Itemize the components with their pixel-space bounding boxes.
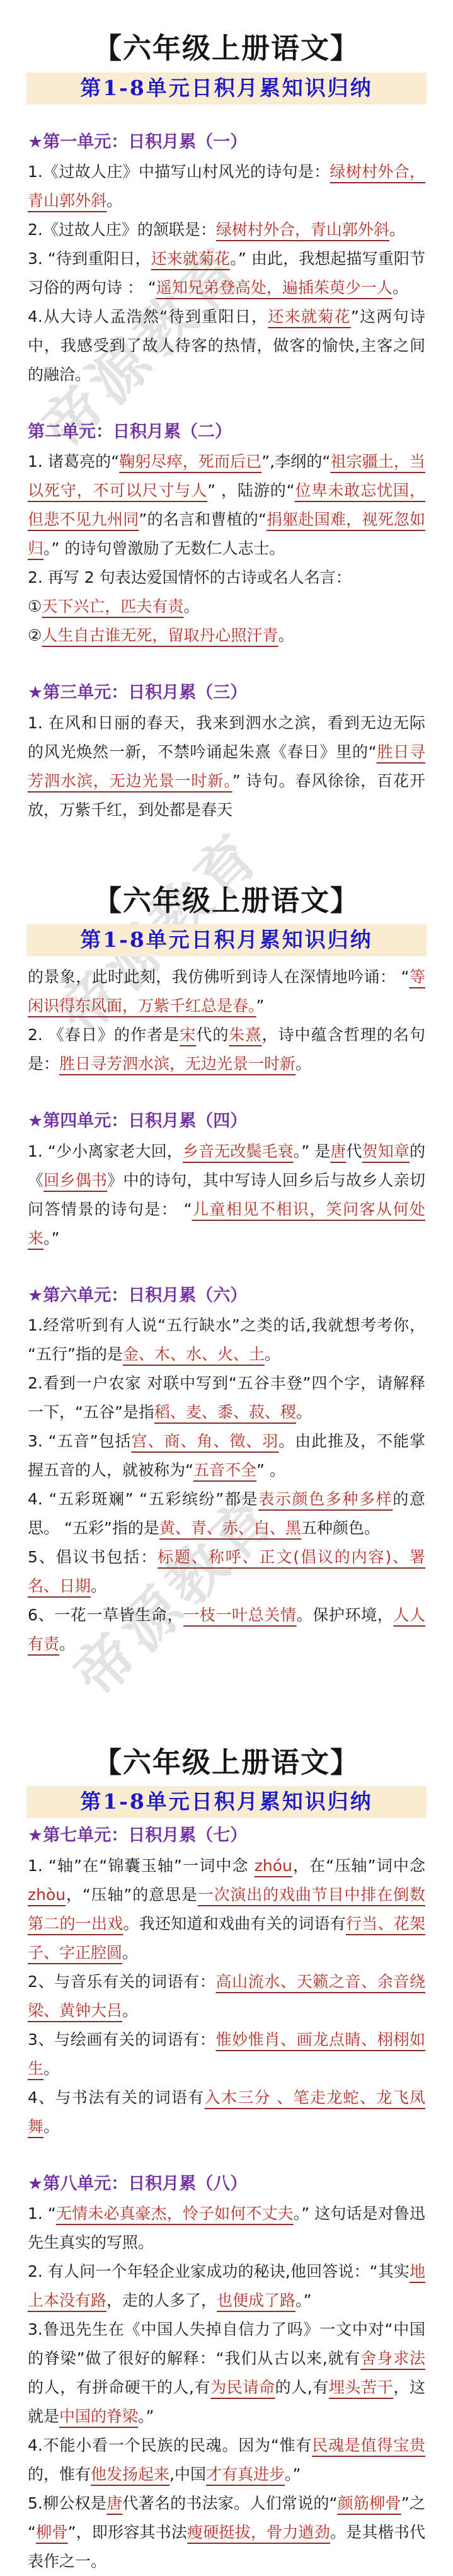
text-segment: 。 xyxy=(296,1403,312,1421)
answer-segment: 绿树村外合，青山郭外斜 xyxy=(216,220,389,239)
paragraph: 2、与音乐有关的词语有：高山流水、天籁之音、余音绕梁、黄钟大吕。 xyxy=(28,1967,425,2025)
text-segment: 。 xyxy=(278,626,294,644)
section-heading: ★第四单元：日积月累（四） xyxy=(28,1111,425,1131)
text-segment: 。我还知道和戏曲有关的词语有 xyxy=(123,1915,346,1933)
page: 【六年级上册语文】 第1-8单元日积月累知识归纳 ★第七单元：日积月累（七）1.… xyxy=(0,1747,453,2576)
text-segment: 4、与书法有关的词语有 xyxy=(28,2088,205,2107)
paragraph: 2.《过故人庄》的颔联是：绿树村外合，青山郭外斜。 xyxy=(28,215,425,244)
paragraph: ①天下兴亡，匹夫有责。 xyxy=(28,592,425,621)
text-segment: 。” 是 xyxy=(294,1142,331,1160)
answer-segment: 埋头苦干 xyxy=(329,2378,393,2396)
document: 帝源教育 帝源教育 帝源教育 【六年级上册语文】 第1-8单元日积月累知识归纳 … xyxy=(0,0,453,2576)
paragraph: 2. 《春日》的作者是宋代的朱熹，诗中蕴含哲理的名句是：胜日寻芳泗水滨，无边光景… xyxy=(28,1021,425,1079)
text-segment: 。 xyxy=(43,2059,59,2078)
text-segment: ” xyxy=(256,997,265,1015)
paragraph: 4.不能小看一个民族的民魂。因为“惟有民魂是值得宝贵的，惟有他发扬起来,中国才有… xyxy=(28,2431,425,2489)
answer-segment: 中国的脊梁 xyxy=(59,2407,138,2425)
paragraph: 1. 诸葛亮的“鞠躬尽瘁，死而后已”,李纲的“祖宗疆土，当以死守，不可以尺寸与人… xyxy=(28,447,425,563)
answer-segment: 为民请命 xyxy=(210,2378,275,2396)
answer-segment: 乡音无改鬓毛衰 xyxy=(183,1142,294,1160)
text-segment: 1. 在风和日丽的春天，我来到泗水之滨，看到无边无际的风光焕然一新，不禁吟诵起朱… xyxy=(28,714,425,761)
answer-segment: 贺知章 xyxy=(362,1142,410,1160)
answer-segment: 宫、商、角、徵、羽 xyxy=(132,1432,279,1450)
text-segment: ,中国 xyxy=(169,2465,206,2483)
paragraph: 5、倡议书包括：标题、称呼、正文(倡议的内容)、署名、日期。 xyxy=(28,1543,425,1601)
page-content: ★第七单元：日积月累（七）1. “轴”在“锦囊玉轴”一词中念 zhóu，在“压轴… xyxy=(28,1826,425,2576)
answer-segment: 颜筋柳骨 xyxy=(338,2494,401,2512)
page-content: 的景象，此时此刻，我仿佛听到诗人在深情地吟诵： “等闲识得东风面，万紫千红总是春… xyxy=(28,963,425,1659)
text-segment: 。” xyxy=(43,1229,59,1247)
text-segment: 。保护环境， xyxy=(297,1606,394,1624)
text-segment: 2.《过故人庄》的颔联是： xyxy=(28,220,216,239)
text-segment: 代的 xyxy=(196,1026,229,1044)
text-segment: 。 xyxy=(59,1635,75,1653)
answer-segment: 一枝一叶总关情 xyxy=(183,1606,296,1624)
paragraph: 4.从大诗人孟浩然“待到重阳日，还来就菊花”这两句诗中，我感受到了故人待客的热情… xyxy=(28,302,425,389)
paragraph: 1.经常听到有人说“五行缺水”之类的话,我就想考考你， “五行”指的是金、木、水… xyxy=(28,1311,425,1369)
text-segment: 。 xyxy=(91,1577,106,1595)
text-segment: 。” 的诗句曾激励了无数仁人志士。 xyxy=(43,539,285,558)
paragraph: 1. “轴”在“锦囊玉轴”一词中念 zhóu，在“压轴”词中念 zhòu，“压轴… xyxy=(28,1852,425,1967)
answer-segment: 朱熹 xyxy=(229,1026,261,1044)
section-heading: ★第七单元：日积月累（七） xyxy=(28,1826,425,1846)
text-segment: 。 xyxy=(295,1055,311,1073)
page-title: 【六年级上册语文】 xyxy=(28,885,425,917)
text-segment: 2. 有人问一个年轻企业家成功的秘诀,他回答说：“其实 xyxy=(28,2262,410,2281)
text-segment: 1.《过故人庄》中描写山村风光的诗句是： xyxy=(28,163,330,181)
text-segment: ”，即形容其书法 xyxy=(68,2523,188,2541)
paragraph: 4、与书法有关的词语有入木三分 、笔走龙蛇、龙飞凤舞。 xyxy=(28,2083,425,2141)
page-content: ★第一单元：日积月累（一）1.《过故人庄》中描写山村风光的诗句是：绿树村外合，青… xyxy=(28,132,425,825)
text-segment: 。 xyxy=(106,192,122,210)
text-segment: 2. 再写 2 句表达爱国情怀的古诗或名人名言： xyxy=(28,568,352,587)
answer-segment: 稻、麦、黍、菽、稷 xyxy=(154,1403,296,1421)
text-segment: 5.柳公权是 xyxy=(28,2494,106,2512)
section-heading: ★第一单元：日积月累（一） xyxy=(28,132,425,152)
answer-segment: 金、木、水、火、土 xyxy=(123,1345,265,1363)
text-segment: 。” xyxy=(138,2407,154,2425)
text-segment: 5、倡议书包括： xyxy=(28,1548,158,1566)
text-segment: 。 xyxy=(265,1345,280,1363)
text-segment: 4.不能小看一个民族的民魂。因为“惟有 xyxy=(28,2436,312,2454)
text-segment: 4.从大诗人孟浩然“待到重阳日， xyxy=(28,307,268,326)
text-segment: 3. “待到重阳日， xyxy=(28,249,151,268)
answer-segment: 无情未必真豪杰，怜子如何不丈夫 xyxy=(56,2204,294,2223)
text-segment: 1. 诸葛亮的“ xyxy=(28,452,119,471)
paragraph: 2.看到一户农家 对联中写到“五谷丰登”四个字，请解释一下，“五谷”是指稻、麦、… xyxy=(28,1369,425,1427)
answer-segment: 鞠躬尽瘁，死而后已 xyxy=(119,452,261,471)
subtitle-banner: 第1-8单元日积月累知识归纳 xyxy=(26,924,427,956)
text-segment: 。 xyxy=(389,220,405,239)
text-segment: 。” xyxy=(295,2291,311,2310)
answer-segment: 唐 xyxy=(330,1142,346,1160)
page-title: 【六年级上册语文】 xyxy=(28,1747,425,1778)
paragraph: 的景象，此时此刻，我仿佛听到诗人在深情地吟诵： “等闲识得东风面，万紫千红总是春… xyxy=(28,963,425,1021)
answer-segment: 遥知兄弟登高处，遍插茱萸少一人 xyxy=(156,278,393,297)
text-segment: 。 xyxy=(122,2001,138,2020)
text-segment: 的人,有 xyxy=(275,2378,329,2396)
text-segment: 。 xyxy=(393,278,408,297)
text-segment: ② xyxy=(28,626,42,644)
answer-segment: zhóu xyxy=(255,1857,292,1875)
page: 【六年级上册语文】 第1-8单元日积月累知识归纳 ★第一单元：日积月累（一）1.… xyxy=(0,0,453,825)
page: 【六年级上册语文】 第1-8单元日积月累知识归纳 的景象，此时此刻，我仿佛听到诗… xyxy=(0,885,453,1659)
text-segment: 。 xyxy=(122,1943,138,1962)
text-segment: ” ，陆游的“ xyxy=(207,481,294,500)
section-heading: ★第六单元：日积月累（六） xyxy=(28,1286,425,1306)
text-segment: 五种颜色。 xyxy=(301,1519,380,1537)
text-segment: ” 。 xyxy=(256,1461,285,1479)
paragraph: 2. 再写 2 句表达爱国情怀的古诗或名人名言： xyxy=(28,563,425,592)
text-segment: 的人，有拼命硬干的人,有 xyxy=(28,2378,210,2396)
page-title: 【六年级上册语文】 xyxy=(28,33,425,64)
paragraph: 3、与绘画有关的词语有：惟妙惟肖、画龙点睛、栩栩如生。 xyxy=(28,2025,425,2083)
answer-segment: 还来就菊花 xyxy=(151,249,231,268)
text-segment: 。” xyxy=(285,2465,301,2483)
answer-segment: 舍身求法 xyxy=(360,2349,425,2367)
paragraph: 6、一花一草皆生命，一枝一叶总关情。保护环境，人人有责。 xyxy=(28,1601,425,1659)
section-heading: ★第八单元：日积月累（八） xyxy=(28,2174,425,2194)
answer-segment: 回乡偶书 xyxy=(43,1171,107,1189)
text-segment: 1. “轴”在“锦囊玉轴”一词中念 xyxy=(28,1857,255,1875)
text-segment: ”的名言和曹植的“ xyxy=(139,510,267,529)
answer-segment: zhòu xyxy=(28,1886,66,1904)
text-segment: ，走的人多了， xyxy=(106,2291,217,2310)
text-segment: 3、与绘画有关的词语有： xyxy=(28,2030,215,2049)
answer-segment: 胜日寻芳泗水滨，无边光景一时新 xyxy=(59,1055,295,1073)
subtitle-banner: 第1-8单元日积月累知识归纳 xyxy=(26,1786,427,1818)
paragraph: 4. “五彩斑斓” “五彩缤纷”都是表示颜色多种多样的意思。 “五彩”指的是黄、… xyxy=(28,1485,425,1543)
answer-segment: 柳骨 xyxy=(36,2523,68,2541)
text-segment: 6、一花一草皆生命， xyxy=(28,1606,183,1624)
text-segment: ”,李纲的“ xyxy=(261,452,330,471)
answer-segment: 黄、青、赤、白、黑 xyxy=(159,1519,301,1537)
answer-segment: 民魂是值得宝贵 xyxy=(312,2436,425,2454)
text-segment: 的，惟有 xyxy=(28,2465,91,2483)
text-segment: 代著名的书法家。人们常说的“ xyxy=(122,2494,337,2512)
paragraph: 1.《过故人庄》中描写山村风光的诗句是：绿树村外合，青山郭外斜。 xyxy=(28,157,425,215)
answer-segment: 表示颜色多种多样 xyxy=(258,1490,393,1508)
section-heading: 第二单元：日积月累（二） xyxy=(28,422,425,442)
paragraph: ②人生自古谁无死，留取丹心照汗青。 xyxy=(28,621,425,650)
text-segment: 4. “五彩斑斓” “五彩缤纷”都是 xyxy=(28,1490,258,1508)
answer-segment: 瘦硬挺拔，骨力遒劲 xyxy=(187,2523,330,2541)
text-segment: 3. “五音”包括 xyxy=(28,1432,132,1450)
text-segment: ① xyxy=(28,597,42,615)
paragraph: 3. “待到重阳日，还来就菊花。” 由此，我想起描写重阳节习俗的两句诗 ： “遥… xyxy=(28,244,425,302)
paragraph: 1. 在风和日丽的春天，我来到泗水之滨，看到无边无际的风光焕然一新，不禁吟诵起朱… xyxy=(28,709,425,825)
subtitle-banner: 第1-8单元日积月累知识归纳 xyxy=(26,72,427,105)
text-segment: 2、与音乐有关的词语有： xyxy=(28,1972,215,1991)
answer-segment: 宋 xyxy=(180,1026,196,1044)
text-segment: 。 xyxy=(183,597,199,615)
answer-segment: 才有真进步 xyxy=(206,2465,285,2483)
answer-segment: 人生自古谁无死，留取丹心照汗青 xyxy=(42,626,278,644)
text-segment: 1. “少小离家老大回， xyxy=(28,1142,183,1160)
answer-segment: 也便成了路 xyxy=(217,2291,295,2310)
text-segment: ，“压轴”的意思是 xyxy=(66,1886,198,1904)
text-segment: 代 xyxy=(347,1142,362,1160)
answer-segment: 五音不全 xyxy=(193,1461,256,1479)
text-segment: 2. 《春日》的作者是 xyxy=(28,1026,180,1044)
text-segment: 。 xyxy=(43,2117,59,2136)
answer-segment: 还来就菊花 xyxy=(268,307,351,326)
paragraph: 3.鲁迅先生在《中国人失掉自信力了吗》一文中对“中国的脊梁”做了很好的解释：“我… xyxy=(28,2315,425,2431)
text-segment: ，在“压轴”词中念 xyxy=(292,1857,425,1875)
answer-segment: 唐 xyxy=(106,2494,122,2512)
paragraph: 1. “少小离家老大回，乡音无改鬓毛衰。” 是唐代贺知章的《回乡偶书》中的诗句，… xyxy=(28,1137,425,1253)
section-heading: ★第三单元：日积月累（三） xyxy=(28,683,425,703)
answer-segment: 天下兴亡，匹夫有责 xyxy=(42,597,183,615)
paragraph: 5.柳公权是唐代著名的书法家。人们常说的“颜筋柳骨”之“柳骨”，即形容其书法瘦硬… xyxy=(28,2489,425,2576)
text-segment: 的景象，此时此刻，我仿佛听到诗人在深情地吟诵： “ xyxy=(28,968,410,986)
paragraph: 3. “五音”包括宫、商、角、徵、羽。由此推及，不能掌握五音的人，就被称为“五音… xyxy=(28,1427,425,1485)
paragraph: 2. 有人问一个年轻企业家成功的秘诀,他回答说：“其实地上本没有路，走的人多了，… xyxy=(28,2257,425,2315)
text-segment: 1. “ xyxy=(28,2204,56,2223)
answer-segment: 他发扬起来 xyxy=(91,2465,169,2483)
paragraph: 1. “无情未必真豪杰，怜子如何不丈夫。” 这句话是对鲁迅先生真实的写照。 xyxy=(28,2199,425,2257)
